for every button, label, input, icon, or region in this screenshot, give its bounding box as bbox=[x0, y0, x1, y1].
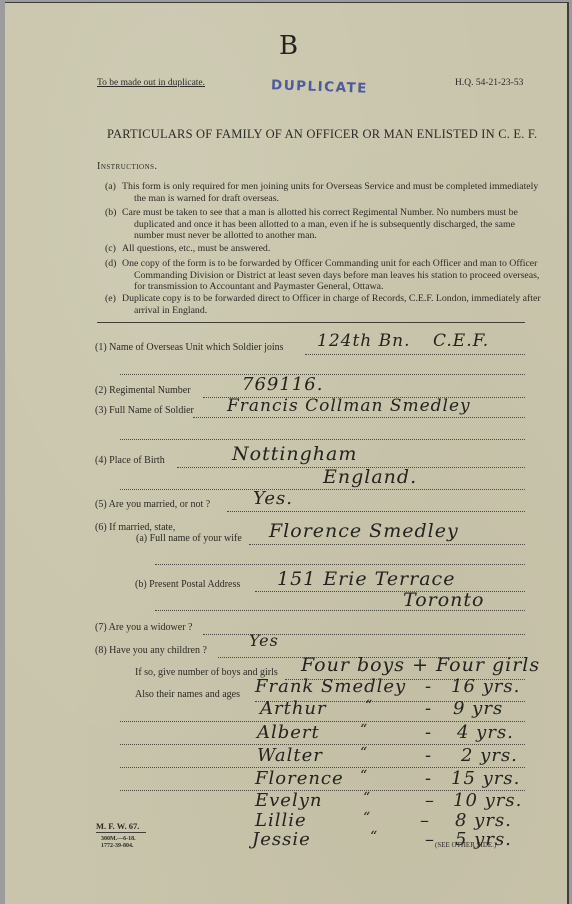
regimental-number-value[interactable]: 769116. bbox=[242, 374, 323, 395]
unit-value-cef[interactable]: C.E.F. bbox=[433, 331, 489, 351]
instructions-heading: Instructions. bbox=[97, 161, 158, 172]
postal-address-value[interactable]: 151 Erie Terrace bbox=[277, 568, 455, 590]
child-dash: - bbox=[425, 768, 432, 789]
postal-address-label: (b) Present Postal Address bbox=[135, 579, 240, 590]
child-age[interactable]: 16 yrs. bbox=[451, 676, 520, 697]
child-name[interactable]: Evelyn bbox=[255, 790, 322, 811]
form-code: M. F. W. 67. bbox=[96, 821, 139, 831]
married-value[interactable]: Yes. bbox=[253, 488, 293, 509]
child-ditto: “ bbox=[360, 722, 368, 738]
wife-name-line bbox=[249, 544, 525, 545]
print-line-2: 1772-39-804. bbox=[101, 843, 134, 849]
wife-name-label: (a) Full name of your wife bbox=[136, 533, 242, 544]
place-of-birth-label: (4) Place of Birth bbox=[95, 455, 165, 466]
child-ditto: “ bbox=[365, 698, 373, 714]
child-dash: - bbox=[425, 676, 432, 697]
postal-address-value-2[interactable]: Toronto bbox=[403, 589, 484, 611]
form-title: PARTICULARS OF FAMILY OF AN OFFICER OR M… bbox=[107, 127, 537, 142]
instruction-text: One copy of the form is to be forwarded … bbox=[122, 258, 546, 293]
regimental-number-label: (2) Regimental Number bbox=[95, 385, 191, 396]
children-label: (8) Have you any children ? bbox=[95, 645, 207, 656]
postal-address-line bbox=[255, 591, 525, 592]
married-line bbox=[227, 511, 525, 512]
full-name-label: (3) Full Name of Soldier bbox=[95, 405, 194, 416]
child-row: Arthur “ - 9 yrs bbox=[5, 698, 567, 724]
widower-label: (7) Are you a widower ? bbox=[95, 622, 192, 633]
boys-girls-value[interactable]: Four boys + Four girls bbox=[301, 654, 540, 676]
instruction-key: (c) bbox=[105, 243, 116, 255]
child-ditto: “ bbox=[363, 790, 371, 806]
instruction-key: (b) bbox=[105, 207, 116, 219]
section-divider bbox=[97, 322, 525, 323]
wife-name-line-2 bbox=[155, 564, 525, 565]
full-name-line bbox=[193, 417, 525, 418]
place-of-birth-value[interactable]: Nottingham bbox=[232, 443, 357, 465]
married-label: (5) Are you married, or not ? bbox=[95, 499, 210, 510]
child-age[interactable]: 4 yrs. bbox=[457, 722, 514, 743]
child-dash: – bbox=[425, 829, 435, 850]
child-dash: – bbox=[425, 790, 435, 811]
child-ditto: “ bbox=[363, 810, 371, 826]
child-ditto: “ bbox=[370, 829, 378, 845]
instruction-key: (a) bbox=[105, 181, 116, 193]
child-name[interactable]: Florence bbox=[255, 768, 344, 789]
child-name[interactable]: Walter bbox=[257, 745, 323, 766]
child-age[interactable]: 9 yrs bbox=[453, 698, 503, 719]
place-of-birth-value-2[interactable]: England. bbox=[323, 466, 417, 488]
if-married-label: (6) If married, state, bbox=[95, 522, 175, 533]
child-age[interactable]: 8 yrs. bbox=[455, 810, 512, 831]
instruction-text: All questions, etc., must be answered. bbox=[122, 243, 534, 255]
unit-value[interactable]: 124th Bn. bbox=[317, 331, 410, 351]
page-mark: B bbox=[279, 31, 299, 61]
print-line-1: 300M.—6-18. bbox=[101, 836, 136, 842]
instruction-text: Care must be taken to see that a man is … bbox=[122, 207, 546, 242]
child-dash: – bbox=[420, 810, 430, 831]
instruction-key: (e) bbox=[105, 293, 116, 305]
reference-number: H.Q. 54-21-23-53 bbox=[455, 78, 523, 88]
child-dash: - bbox=[425, 745, 432, 766]
child-name[interactable]: Lillie bbox=[255, 810, 307, 831]
child-dash: - bbox=[425, 722, 432, 743]
instruction-text: Duplicate copy is to be forwarded direct… bbox=[122, 293, 546, 316]
child-name[interactable]: Arthur bbox=[260, 698, 327, 719]
see-other-side: (SEE OTHER SIDE.) bbox=[435, 841, 496, 849]
place-of-birth-line-2 bbox=[120, 489, 525, 490]
child-name[interactable]: Jessie bbox=[252, 829, 311, 850]
full-name-value[interactable]: Francis Collman Smedley bbox=[227, 396, 471, 416]
children-value[interactable]: Yes bbox=[249, 631, 279, 650]
form-code-rule bbox=[96, 832, 146, 833]
document-page: B To be made out in duplicate. DUPLICATE… bbox=[5, 2, 569, 904]
child-ditto: “ bbox=[360, 768, 368, 784]
child-age[interactable]: 10 yrs. bbox=[453, 790, 522, 811]
duplicate-stamp: DUPLICATE bbox=[271, 77, 368, 96]
unit-label: (1) Name of Overseas Unit which Soldier … bbox=[95, 342, 284, 353]
child-dash: - bbox=[425, 698, 432, 719]
unit-line bbox=[305, 354, 525, 355]
child-ditto: “ bbox=[360, 745, 368, 761]
child-age[interactable]: 15 yrs. bbox=[451, 768, 520, 789]
separator-line bbox=[120, 439, 525, 440]
instruction-key: (d) bbox=[105, 258, 116, 270]
instruction-text: This form is only required for men joini… bbox=[122, 181, 546, 204]
child-age[interactable]: 2 yrs. bbox=[461, 745, 518, 766]
child-name[interactable]: Albert bbox=[257, 722, 320, 743]
child-name[interactable]: Frank Smedley bbox=[255, 676, 406, 697]
wife-name-value[interactable]: Florence Smedley bbox=[269, 520, 459, 542]
duplicate-note: To be made out in duplicate. bbox=[97, 78, 205, 88]
